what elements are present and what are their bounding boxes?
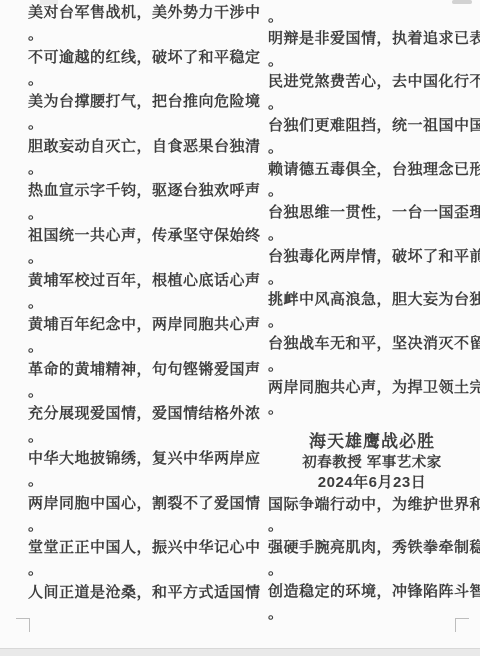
poem-line: 美对台军售战机，美外势力干涉中 [28, 2, 242, 24]
poem-line: 黄埔百年纪念中，两岸同胞共心声 [28, 314, 242, 336]
poem-line: 台独思维一贯性，一台一国歪理中 [268, 202, 476, 224]
poem-line: 。 [28, 426, 242, 448]
poem-column-left: 美对台军售战机，美外势力干涉中。不可逾越的红线，破坏了和平稳定。美为台撑腰打气，… [28, 2, 242, 604]
poem-line: 。 [268, 311, 476, 333]
poem-line: 。 [28, 113, 242, 135]
poem-line: 。 [268, 398, 476, 420]
poem-line: 。 [268, 93, 476, 115]
poem-line: 。 [28, 336, 242, 358]
poem-line: 。 [28, 247, 242, 269]
poem-line: 热血宣示字千钧，驱逐台独欢呼声 [28, 180, 242, 202]
poem-line: 。 [268, 137, 476, 159]
poem-lines-top: 。明辩是非爱国情，执着追求已表明。民进党煞费苦心，去中国化行不通。台独们更难阻挡… [268, 6, 476, 420]
poem-line: 革命的黄埔精神，句句铿锵爱国声 [28, 359, 242, 381]
poem-line: 挑衅中风高浪急，胆大妄为台独风 [268, 289, 476, 311]
poem-line: 堂堂正正中国人，振兴中华记心中 [28, 537, 242, 559]
poem-line: 。 [28, 559, 242, 581]
poem-line: 。 [268, 180, 476, 202]
poem-line: 胆敢妄动自灭亡，自食恶果台独清 [28, 136, 242, 158]
poem-line: 。 [28, 158, 242, 180]
corner-mark-left [16, 618, 30, 632]
poem-line: 中华大地披锦绣，复兴中华两岸应 [28, 448, 242, 470]
corner-mark-right [455, 618, 469, 632]
poem-line: 。 [268, 559, 476, 581]
poem-line: 人间正道是沧桑，和平方式适国情 [28, 582, 242, 604]
top-right-scrollbar-fragment [452, 0, 472, 4]
poem-line: 充分展现爱国情，爱国情结格外浓 [28, 403, 242, 425]
poem-line: 台独们更难阻挡，统一祖国中国梦 [268, 115, 476, 137]
poem-line: 赖请德五毒俱全，台独理念已形成 [268, 159, 476, 181]
poem-lines-bottom: 国际争端行动中，为维护世界和平。强硬手腕亮肌肉，秀铁拳牵制稳定。创造稳定的环境，… [268, 494, 476, 625]
poem-line: 。 [268, 6, 476, 28]
poem-date: 2024年6月23日 [268, 473, 476, 494]
poem-column-right: 。明辩是非爱国情，执着追求已表明。民进党煞费苦心，去中国化行不通。台独们更难阻挡… [268, 6, 476, 624]
poem-line: 国际争端行动中，为维护世界和平 [268, 494, 476, 516]
poem-line: 两岸同胞中国心，割裂不了爱国情 [28, 493, 242, 515]
poem-line: 台独战车无和平，坚决消灭不留情 [268, 333, 476, 355]
poem-line: 民进党煞费苦心，去中国化行不通 [268, 71, 476, 93]
document-page: 美对台军售战机，美外势力干涉中。不可逾越的红线，破坏了和平稳定。美为台撑腰打气，… [0, 0, 480, 656]
poem-title-block: 海天雄鹰战必胜 初春教授 军事艺术家 2024年6月23日 [268, 432, 476, 494]
poem-line: 美为台撑腰打气，把台推向危险境 [28, 91, 242, 113]
poem-line: 。 [268, 355, 476, 377]
poem-line: 。 [268, 603, 476, 625]
page-bottom-edge [0, 648, 480, 656]
poem-line: 创造稳定的环境，冲锋陷阵斗智勇 [268, 581, 476, 603]
poem-line: 。 [28, 69, 242, 91]
poem-line: 不可逾越的红线，破坏了和平稳定 [28, 47, 242, 69]
poem-line: 。 [268, 515, 476, 537]
poem-line: 。 [28, 381, 242, 403]
poem-line: 。 [268, 50, 476, 72]
poem-line: 。 [28, 203, 242, 225]
poem-author: 初春教授 军事艺术家 [268, 453, 476, 474]
poem-line: 。 [28, 515, 242, 537]
poem-line: 。 [268, 224, 476, 246]
poem-line: 。 [28, 470, 242, 492]
poem-line: 祖国统一共心声，传承坚守保始终 [28, 225, 242, 247]
poem-title: 海天雄鹰战必胜 [268, 432, 476, 453]
poem-line: 强硬手腕亮肌肉，秀铁拳牵制稳定 [268, 537, 476, 559]
poem-line: 。 [268, 268, 476, 290]
poem-line: 台独毒化两岸情，破坏了和平前景 [268, 246, 476, 268]
poem-line: 。 [28, 292, 242, 314]
poem-line: 黄埔军校过百年，根植心底话心声 [28, 270, 242, 292]
poem-line: 。 [28, 24, 242, 46]
poem-line: 两岸同胞共心声，为捍卫领土完整 [268, 377, 476, 399]
poem-line: 明辩是非爱国情，执着追求已表明 [268, 28, 476, 50]
